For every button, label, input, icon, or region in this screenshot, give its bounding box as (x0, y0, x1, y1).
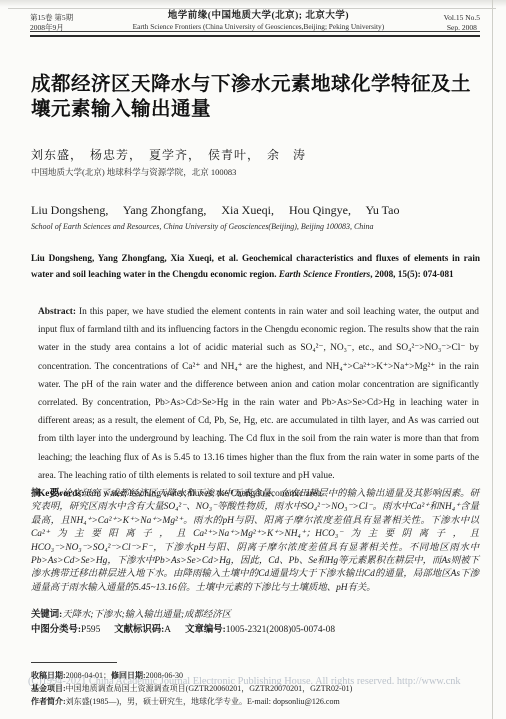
article-id-label: 文章编号: (185, 625, 226, 635)
article-id-value: 1005-2321(2008)05-0074-08 (226, 625, 335, 635)
journal-header: 第15卷 第5期 2008年9月 地学前缘(中国地质大学(北京); 北京大学) … (30, 11, 480, 32)
keywords-cn-text: 天降水;下渗水;输入输出通量;成都经济区 (62, 610, 231, 620)
journal-name-block: 地学前缘(中国地质大学(北京); 北京大学) Earth Science Fro… (73, 11, 444, 32)
received-date-value: 2008-04-01； (66, 671, 111, 680)
fund-project-value: 中国地质调查局国土资源调查项目(GZTR20060201，GZTR2007020… (66, 684, 353, 693)
affiliation-cn: 中国地质大学(北京) 地球科学与资源学院，北京 100083 (31, 166, 480, 178)
citation-volume-pages: , 2008, 15(5): 074-081 (370, 269, 453, 279)
journal-name-cn: 地学前缘(中国地质大学(北京); 北京大学) (79, 11, 438, 22)
volume-issue-info: 第15卷 第5期 2008年9月 (30, 11, 73, 32)
author-bio-value: 刘东盛(1985—)，男，硕士研究生，地球化学专业。E-mail: dopson… (66, 697, 340, 706)
abstract-en-block: Abstract: In this paper, we have studied… (38, 303, 479, 503)
page-edge-line (492, 0, 493, 719)
author-bio-label: 作者简介: (31, 697, 66, 706)
clc-number-value: P595 (81, 625, 100, 635)
keywords-cn-line: 关键词:天降水;下渗水;输入输出通量;成都经济区 (31, 609, 479, 622)
classification-line: 中图分类号:P595文献标识码:A文章编号:1005-2321(2008)05-… (31, 624, 479, 637)
document-code-label: 文献标识码: (114, 625, 164, 635)
footnote-block: 收稿日期:2008-04-01；修回日期:2008-06-30 基金项目:中国地… (31, 670, 486, 708)
revised-date-label: 修回日期: (111, 671, 146, 680)
authors-cn: 刘东盛， 杨忠芳， 夏学齐， 侯青叶， 余 涛 (31, 146, 480, 163)
scan-top-shade (0, 0, 506, 7)
abstract-label: Abstract: (38, 307, 76, 317)
volume-number-en: Vol.15 No.5 (444, 13, 480, 23)
citation-journal-name: Earth Science Frontiers (279, 269, 370, 279)
paper-title: 成都经济区天降水与下渗水元素地球化学特征及土壤元素输入输出通量 (31, 72, 480, 122)
author-bio-line: 作者简介:刘东盛(1985—)，男，硕士研究生，地球化学专业。E-mail: d… (31, 696, 486, 709)
volume-info-en: Vol.15 No.5 Sep. 2008 (444, 11, 480, 32)
citation-block: Liu Dongsheng, Yang Zhongfang, Xia Xueqi… (31, 250, 480, 282)
journal-page: 第15卷 第5期 2008年9月 地学前缘(中国地质大学(北京); 北京大学) … (0, 0, 506, 719)
volume-issue-line: 第15卷 第5期 (30, 13, 73, 23)
authors-en: Liu Dongsheng, Yang Zhongfang, Xia Xueqi… (31, 201, 480, 218)
abstract-cn-block: 摘 要:论文研究了成都经济区天降水和下渗水中元素含量、在农田耕层中的输入输出通量… (31, 488, 479, 595)
fund-project-label: 基金项目: (31, 684, 66, 693)
revised-date-value: 2008-06-30 (146, 671, 183, 680)
top-edge-rule (8, 8, 496, 9)
affiliation-en: School of Earth Sciences and Resources, … (31, 222, 480, 231)
abstract-cn-label: 摘 要: (31, 489, 63, 499)
header-divider-rule (30, 31, 480, 37)
received-date-line: 收稿日期:2008-04-01；修回日期:2008-06-30 (31, 670, 486, 683)
keywords-cn-label: 关键词: (31, 610, 62, 620)
received-date-label: 收稿日期: (31, 671, 66, 680)
abstract-text: In this paper, we have studied the eleme… (38, 307, 479, 481)
fund-project-line: 基金项目:中国地质调查局国土资源调查项目(GZTR20060201，GZTR20… (31, 683, 486, 696)
abstract-cn-text: 论文研究了成都经济区天降水和下渗水中元素含量、在农田耕层中的输入输出通量及其影响… (31, 489, 479, 593)
clc-number-label: 中图分类号: (31, 625, 81, 635)
footnote-divider (31, 662, 117, 663)
document-code-value: A (164, 625, 171, 635)
